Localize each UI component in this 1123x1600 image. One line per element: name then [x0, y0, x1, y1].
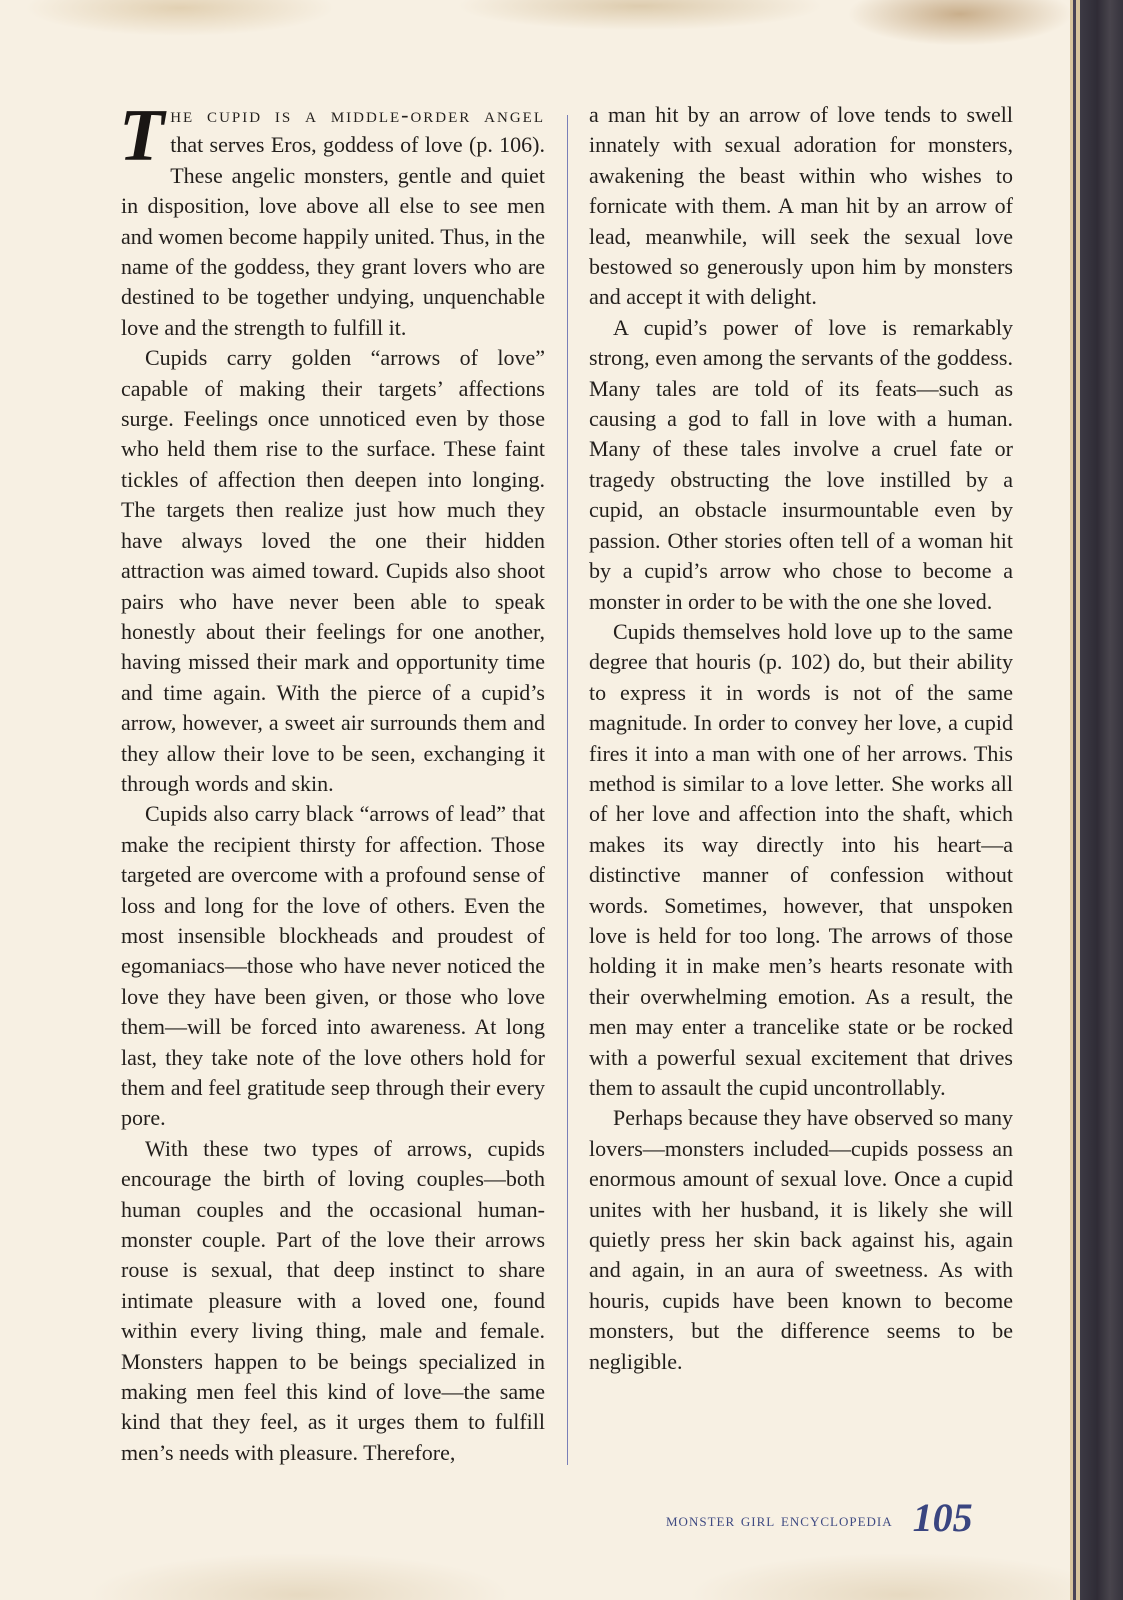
paragraph-4: With these two types of arrows, cupids e…	[121, 1134, 545, 1468]
paragraph-3: Cupids also carry black “arrows of lead”…	[121, 799, 545, 1133]
paragraph-1: THE CUPID IS A MIDDLE-ORDER ANGEL that s…	[121, 100, 545, 343]
paragraph-7: Cupids themselves hold love up to the sa…	[589, 617, 1013, 1104]
paragraph-text: that serves Eros, goddess of love (p. 10…	[121, 132, 545, 339]
paragraph-5: a man hit by an arrow of love tends to s…	[589, 100, 1013, 313]
page-footer: MONSTER GIRL ENCYCLOPEDIA 105	[666, 1490, 973, 1540]
lead-in-smallcaps: HE CUPID IS A MIDDLE-ORDER ANGEL	[170, 102, 545, 127]
running-footer-title: MONSTER GIRL ENCYCLOPEDIA	[666, 1510, 893, 1532]
paragraph-6: A cupid’s power of love is remarkably st…	[589, 313, 1013, 617]
paragraph-8: Perhaps because they have observed so ma…	[589, 1103, 1013, 1377]
page-number: 105	[913, 1496, 973, 1540]
left-column: THE CUPID IS A MIDDLE-ORDER ANGEL that s…	[121, 100, 545, 1468]
book-spine	[1080, 0, 1123, 1600]
right-column: a man hit by an arrow of love tends to s…	[589, 100, 1013, 1377]
paragraph-2: Cupids carry golden “arrows of love” cap…	[121, 343, 545, 799]
column-divider	[567, 115, 568, 1465]
spine-border-line	[1073, 0, 1076, 1600]
drop-cap: T	[119, 106, 164, 166]
